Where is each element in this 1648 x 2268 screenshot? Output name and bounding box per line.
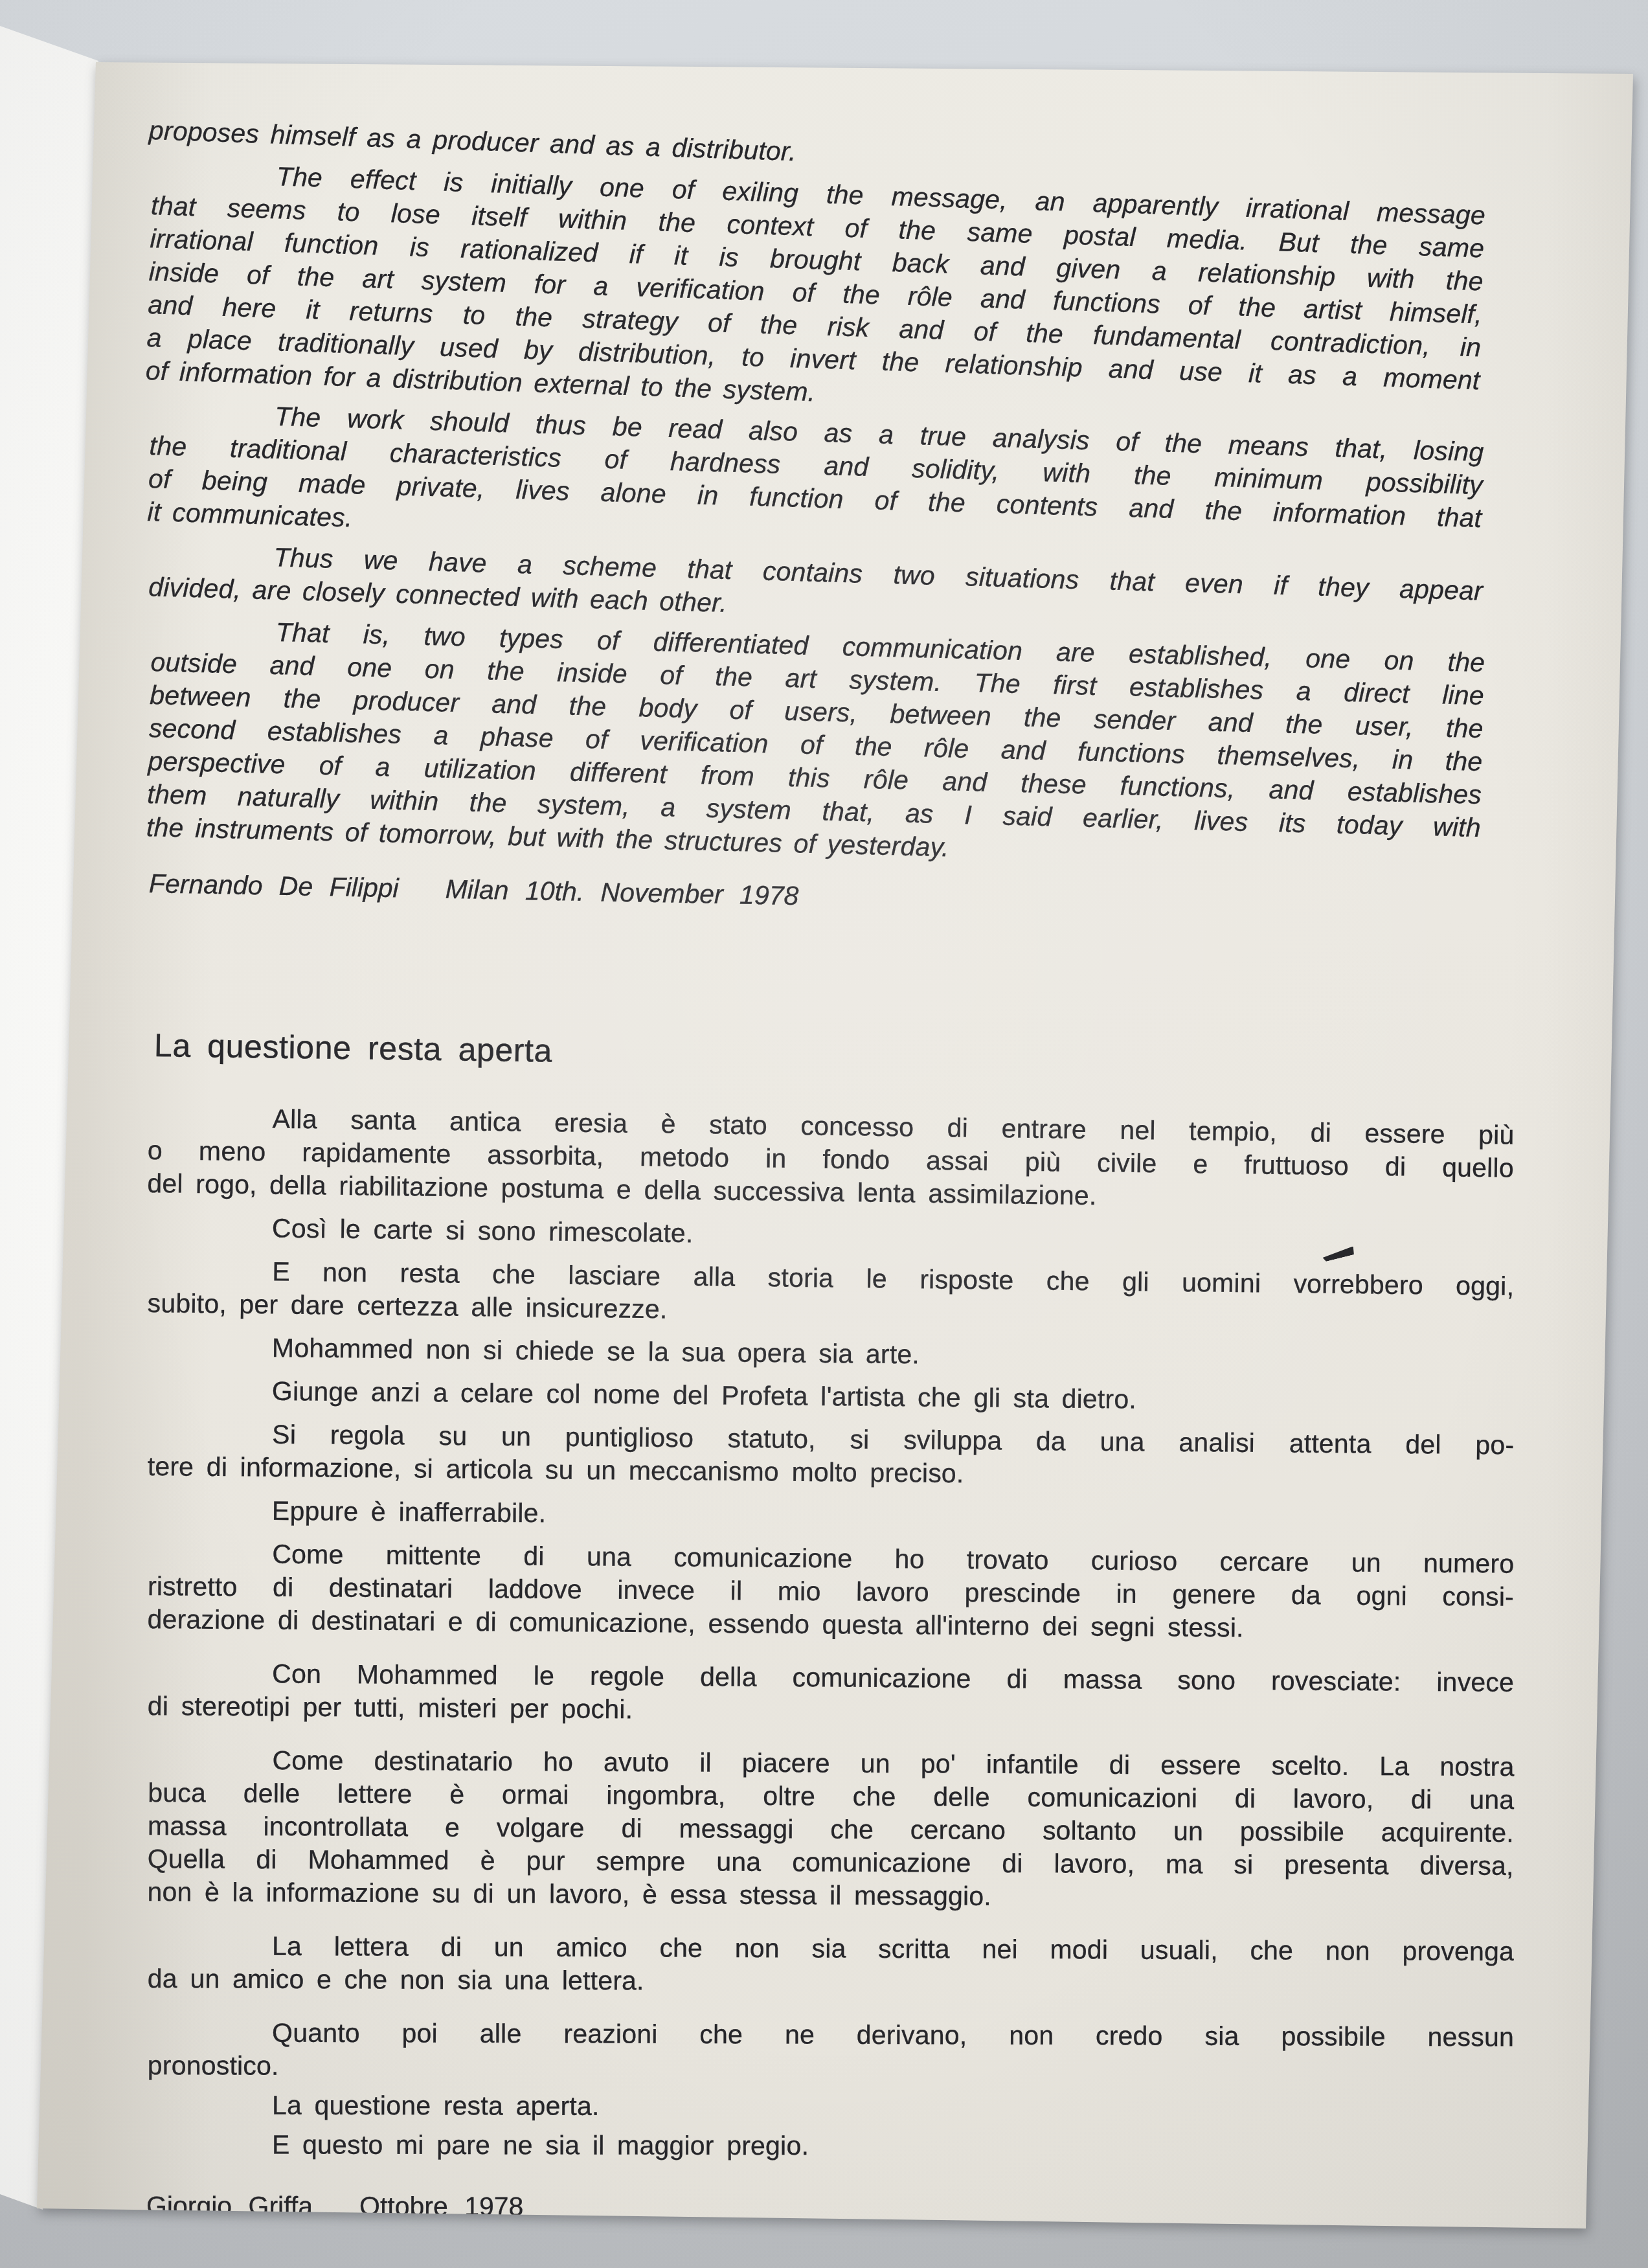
text-line: E questo mi pare ne sia il maggior pregi… [148,2128,1514,2164]
text-line: La lettera di un amico che non sia scrit… [148,1929,1514,1968]
text-line: Quanto poi alle reazioni che ne derivano… [148,2016,1514,2054]
text-line: Eppure è inafferrabile. [148,1493,1514,1538]
italian-date: Ottobre 1978 [359,2192,523,2221]
english-signature-line: Fernando De FilippiMilan 10th. November … [149,867,1648,929]
english-place-date: Milan 10th. November 1978 [445,874,798,911]
paragraph: Mohammed non si chiede se la sua opera s… [148,1330,1514,1378]
paragraph: La lettera di un amico che non sia scrit… [148,1929,1514,2001]
english-author-name: Fernando De Filippi [149,868,400,903]
italian-author-name: Giorgio Griffa [146,2191,313,2221]
page-wrap: proposes himself as a producer and as a … [0,0,1648,2268]
paragraph: La questione resta aperta. [148,2089,1514,2126]
text-line: Così le carte si sono rimescolate. [148,1210,1514,1260]
paragraph: Quanto poi alle reazioni che ne derivano… [148,2016,1514,2087]
paragraph: Eppure è inafferrabile. [148,1493,1514,1538]
italian-section-heading: La questione resta aperta [154,1025,1648,1087]
text-line: pronostico. [148,2049,1514,2087]
paragraph: E questo mi pare ne sia il maggior pregi… [148,2128,1514,2164]
paragraph: E non resta che lasciare alla storia le … [147,1254,1514,1336]
text-line: La questione resta aperta. [148,2089,1514,2126]
paragraph: Si regola su un puntiglioso statuto, si … [148,1417,1515,1495]
paragraph: Alla santa antica eresia è stato concess… [147,1101,1515,1218]
paragraph: Con Mohammed le regole della comunicazio… [148,1657,1515,1732]
paragraph: Giunge anzi a celare col nome del Profet… [148,1374,1514,1420]
paragraph: That is, two types of differentiated com… [146,613,1485,878]
paragraph: Così le carte si sono rimescolate. [148,1210,1514,1260]
paragraph: Come mittente di una comunicazione ho tr… [147,1537,1514,1647]
paragraph: The effect is initially one of exiling t… [145,156,1485,430]
italian-text-section: Alla santa antica eresia è stato concess… [148,1101,1514,2161]
book-page: proposes himself as a producer and as a … [0,0,1648,2268]
text-line: da un amico e che non sia una lettera. [148,1962,1514,2001]
text-line: Mohammed non si chiede se la sua opera s… [148,1330,1514,1378]
italian-signature-line: Giorgio GriffaOttobre 1978 [146,2190,1648,2225]
text-line: Giunge anzi a celare col nome del Profet… [148,1374,1514,1420]
english-text-section: proposes himself as a producer and as a … [149,114,1483,844]
paragraph: Come destinatario ho avuto il piacere un… [147,1743,1514,1916]
